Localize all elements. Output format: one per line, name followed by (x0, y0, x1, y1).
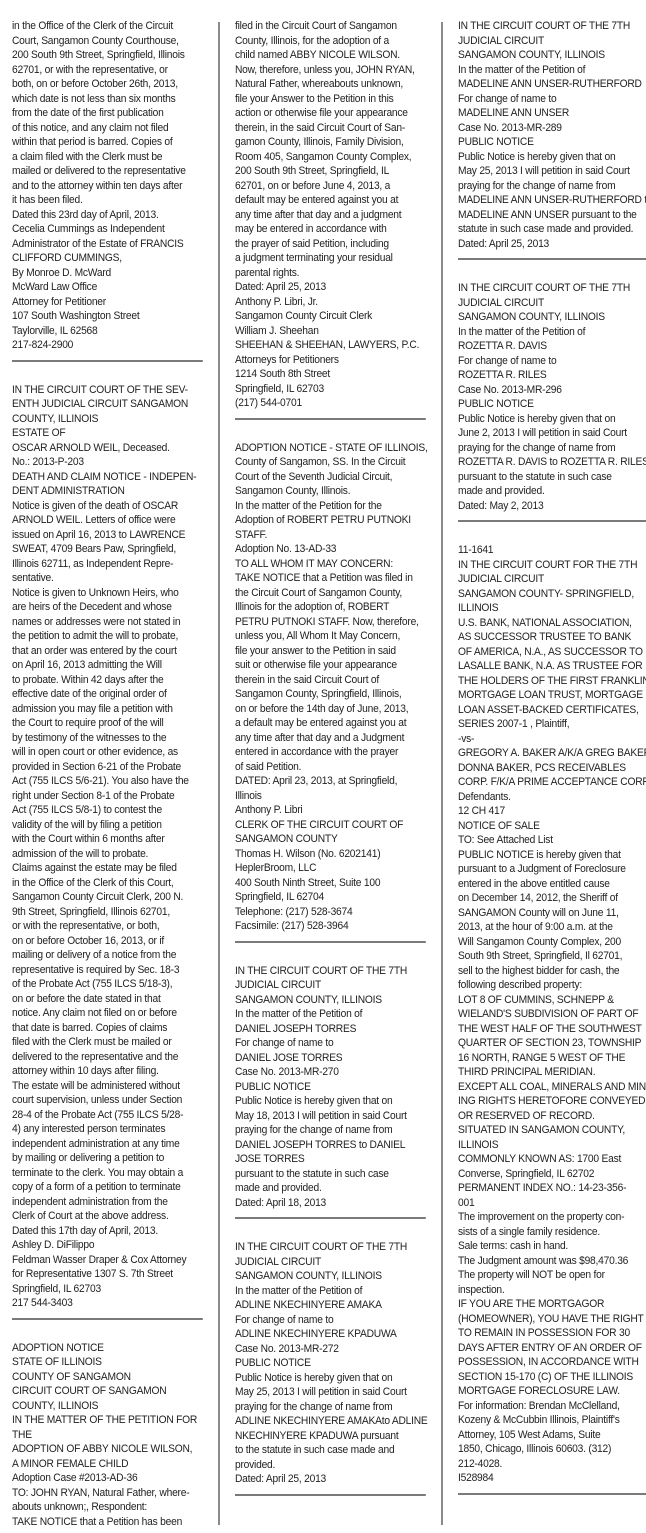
notice-text-line: EXCEPT ALL COAL, MINERALS AND MIN- (458, 1080, 646, 1095)
notice-text-line: unless you, All Whom It May Concern, (235, 629, 426, 644)
estate-cummings-claim-notice-continued: in the Office of the Clerk of the Circui… (12, 4, 203, 353)
notice-text-line: ADOPTION NOTICE - STATE OF ILLINOIS, (235, 441, 426, 456)
notice-text-line: Anthony P. Libri, Jr. (235, 295, 426, 310)
notice-text-line: admission of the will to probate. (12, 847, 203, 862)
notice-text-line: ILLINOIS (458, 1138, 646, 1153)
notice-text-line: 2013, at the hour of 9:00 a.m. at the (458, 920, 646, 935)
notice-text-line: a default may be entered against you at (235, 716, 426, 731)
notice-text-line: to the statute in such case made and (235, 1443, 426, 1458)
notice-text-line: STAFF. (235, 528, 426, 543)
notice-text-line: Dated this 23rd day of April, 2013. (12, 208, 203, 223)
notice-text-line: effective date of the original order of (12, 687, 203, 702)
notice-text-line: by testimony of the witnesses to the (12, 731, 203, 746)
notice-text-line: Sale terms: cash in hand. (458, 1239, 646, 1254)
notice-text-line: PUBLIC NOTICE (458, 397, 646, 412)
notice-text-line: For information: Brendan McClelland, (458, 1399, 646, 1414)
notice-text-line: The Judgment amount was $98,470.36 (458, 1254, 646, 1269)
notice-text-line: IN THE CIRCUIT COURT OF THE 7TH (458, 19, 646, 34)
notice-text-line: CIRCUIT COURT OF SANGAMON (12, 1384, 203, 1399)
notice-text-line: are heirs of the Decedent and whose (12, 600, 203, 615)
notice-text-line: May 25, 2013 I will petition in said Cou… (235, 1385, 426, 1400)
notice-text-line: praying for the change of name from (458, 179, 646, 194)
notice-text-line: following described property: (458, 978, 646, 993)
notice-text-line: may be entered in accordance with (235, 222, 426, 237)
adoption-notice-wilson: ADOPTION NOTICESTATE OF ILLINOISCOUNTY O… (12, 1341, 203, 1530)
notice-text-line: ADOPTION NOTICE (12, 1341, 203, 1356)
notice-text-line: JOSE TORRES (235, 1152, 426, 1167)
notice-text-line: 200 South 9th Street, Springfield, IL (235, 164, 426, 179)
notice-text-line: TO REMAIN IN POSSESSION FOR 30 (458, 1326, 646, 1341)
notice-text-line: admission you may file a petition with (12, 702, 203, 717)
adoption-notice-putnoki-staff: ADOPTION NOTICE - STATE OF ILLINOIS,Coun… (235, 441, 426, 934)
notice-text-line: court supervision, unless under Section (12, 1093, 203, 1108)
foreclosure-notice-of-sale-baker: 11-1641IN THE CIRCUIT COURT FOR THE 7THJ… (458, 543, 646, 1486)
notice-text-line: IN THE CIRCUIT COURT OF THE 7TH (235, 964, 426, 979)
notice-text-line: that date is barred. Copies of claims (12, 1021, 203, 1036)
notice-text-line: Attorney, 105 West Adams, Suite (458, 1428, 646, 1443)
notice-text-line: Attorney for Petitioner (12, 295, 203, 310)
notice-text-line: (HOMEOWNER), YOU HAVE THE RIGHT (458, 1312, 646, 1327)
notice-text-line: Springfield, IL 62704 (235, 890, 426, 905)
column-divider (441, 22, 443, 1525)
notice-separator (458, 1493, 646, 1495)
notice-text-line: Natural Father, whereabouts unknown, (235, 77, 426, 92)
notice-text-line: CLERK OF THE CIRCUIT COURT OF (235, 818, 426, 833)
notice-text-line: JUDICIAL CIRCUIT (458, 296, 646, 311)
notice-text-line: attorney within 10 days after filing. (12, 1064, 203, 1079)
notice-text-line: -vs- (458, 732, 646, 747)
notice-text-line: Feldman Wasser Draper & Cox Attorney (12, 1253, 203, 1268)
notice-text-line: Sangamon County Circuit Clerk (235, 309, 426, 324)
notice-text-line: Case No. 2013-MR-289 (458, 121, 646, 136)
notice-text-line: Adoption of ROBERT PETRU PUTNOKI (235, 513, 426, 528)
notice-text-line: COUNTY OF SANGAMON (12, 1370, 203, 1385)
notice-text-line: entered in the above entitled cause (458, 877, 646, 892)
notice-text-line: on or before the 14th day of June, 2013, (235, 702, 426, 717)
notice-text-line: on or before October 16, 2013, or if (12, 934, 203, 949)
notice-text-line: SANGAMON COUNTY- SPRINGFIELD, (458, 587, 646, 602)
notice-text-line: issued on April 16, 2013 to LAWRENCE (12, 528, 203, 543)
notice-text-line: AS SUCCESSOR TRUSTEE TO BANK (458, 630, 646, 645)
notice-text-line: DANIEL JOSEPH TORRES to DANIEL (235, 1138, 426, 1153)
notice-text-line: IN THE CIRCUIT COURT OF THE SEV- (12, 383, 203, 398)
notice-text-line: PUBLIC NOTICE is hereby given that (458, 848, 646, 863)
name-change-notice-unser: IN THE CIRCUIT COURT OF THE 7THJUDICIAL … (458, 4, 646, 251)
notice-text-line: ROZETTA R. DAVIS (458, 339, 646, 354)
notice-text-line: SANGAMON COUNTY, ILLINOIS (235, 993, 426, 1008)
notice-text-line: ROZETTA R. RILES (458, 368, 646, 383)
notice-text-line: Sangamon County, Illinois. (235, 484, 426, 499)
notice-text-line: ADLINE NKECHINYERE KPADUWA (235, 1327, 426, 1342)
notice-text-line: sell to the highest bidder for cash, the (458, 964, 646, 979)
notice-text-line: Attorneys for Petitioners (235, 353, 426, 368)
notice-text-line: from the date of the first publication (12, 106, 203, 121)
notice-text-line: Sangamon County Circuit Clerk, 200 N. (12, 890, 203, 905)
notice-text-line: IF YOU ARE THE MORTGAGOR (458, 1297, 646, 1312)
notice-text-line: William J. Sheehan (235, 324, 426, 339)
notice-text-line: within that period is barred. Copies of (12, 135, 203, 150)
notice-text-line: PUBLIC NOTICE (458, 135, 646, 150)
notice-text-line: IN THE CIRCUIT COURT FOR THE 7TH (458, 558, 646, 573)
notice-text-line: COUNTY, ILLINOIS (12, 1399, 203, 1414)
notice-text-line: Telephone: (217) 528-3674 (235, 905, 426, 920)
notice-text-line: LASALLE BANK, N.A. AS TRUSTEE FOR (458, 659, 646, 674)
notice-text-line: sentative. (12, 571, 203, 586)
notice-text-line: THE (12, 1428, 203, 1443)
notice-text-line: In the matter of the Petition for the (235, 499, 426, 514)
notice-text-line: NKECHINYERE KPADUWA pursuant (235, 1429, 426, 1444)
notice-text-line: child named ABBY NICOLE WILSON. (235, 48, 426, 63)
notice-text-line: Converse, Springfield, IL 62702 (458, 1167, 646, 1182)
notice-text-line: praying for the change of name from (235, 1123, 426, 1138)
notice-text-line: pursuant to the statute in such case (235, 1167, 426, 1182)
notice-text-line: in the Office of the Clerk of this Court… (12, 876, 203, 891)
notice-text-line: THE HOLDERS OF THE FIRST FRANKLIN (458, 674, 646, 689)
notice-text-line: abouts unknown;, Respondent: (12, 1500, 203, 1515)
notice-text-line: Sangamon County, Springfield, Illinois, (235, 687, 426, 702)
notice-text-line: the Court to require proof of the will (12, 716, 203, 731)
notice-text-line: LOT 8 OF CUMMINS, SCHNEPP & (458, 993, 646, 1008)
column-left: in the Office of the Clerk of the Circui… (12, 4, 203, 1529)
notice-text-line: file your answer to the Petition in said (235, 644, 426, 659)
notice-text-line: on April 16, 2013 admitting the Will (12, 658, 203, 673)
notice-text-line: A MINOR FEMALE CHILD (12, 1457, 203, 1472)
notice-text-line: 62701, or with the representative, or (12, 63, 203, 78)
notice-text-line: Dated: April 25, 2013 (235, 1472, 426, 1487)
notice-text-line: NOTICE OF SALE (458, 819, 646, 834)
notice-text-line: action or otherwise file your appearance (235, 106, 426, 121)
notice-text-line: PUBLIC NOTICE (235, 1080, 426, 1095)
notice-text-line: Thomas H. Wilson (No. 6202141) (235, 847, 426, 862)
notice-text-line: gamon County, Illinois, Family Division, (235, 135, 426, 150)
notice-text-line: 12 CH 417 (458, 804, 646, 819)
notice-text-line: I528984 (458, 1471, 646, 1486)
notice-text-line: statute in such case made and provided. (458, 222, 646, 237)
notice-text-line: TO: JOHN RYAN, Natural Father, where- (12, 1486, 203, 1501)
adoption-notice-wilson-continued: filed in the Circuit Court of SangamonCo… (235, 4, 426, 411)
notice-text-line: Public Notice is hereby given that on (235, 1094, 426, 1109)
notice-text-line: Notice is given to Unknown Heirs, who (12, 586, 203, 601)
notice-text-line: will in open court or other evidence, as (12, 745, 203, 760)
notice-text-line: MADELINE ANN UNSER pursuant to the (458, 208, 646, 223)
notice-text-line: By Monroe D. McWard (12, 266, 203, 281)
notice-text-line: In the matter of the Petition of (235, 1284, 426, 1299)
notice-text-line: for Representative 1307 S. 7th Street (12, 1267, 203, 1282)
notice-text-line: ILLINOIS (458, 601, 646, 616)
notice-text-line: SANGAMON COUNTY, ILLINOIS (458, 310, 646, 325)
notice-text-line: Clerk of Court at the above address. (12, 1209, 203, 1224)
notice-text-line: made and provided. (458, 484, 646, 499)
notice-text-line: Dated this 17th day of April, 2013. (12, 1224, 203, 1239)
notice-separator (235, 418, 426, 420)
notice-text-line: Dated: April 25, 2013 (235, 280, 426, 295)
notice-text-line: mailed or delivered to the representativ… (12, 164, 203, 179)
notice-text-line: Anthony P. Libri (235, 803, 426, 818)
notice-text-line: 28-4 of the Probate Act (755 ILCS 5/28- (12, 1108, 203, 1123)
notice-text-line: Case No. 2013-MR-272 (235, 1342, 426, 1357)
column-right: IN THE CIRCUIT COURT OF THE 7THJUDICIAL … (458, 4, 646, 1516)
notice-text-line: The improvement on the property con- (458, 1210, 646, 1225)
notice-text-line: TO: See Attached List (458, 833, 646, 848)
notice-text-line: Public Notice is hereby given that on (458, 150, 646, 165)
name-change-notice-amaka: IN THE CIRCUIT COURT OF THE 7THJUDICIAL … (235, 1240, 426, 1487)
notice-text-line: OR RESERVED OF RECORD. (458, 1109, 646, 1124)
notice-text-line: 107 South Washington Street (12, 309, 203, 324)
notice-text-line: the Circuit Court of Sangamon County, (235, 586, 426, 601)
notice-text-line: MORTGAGE FORECLOSURE LAW. (458, 1384, 646, 1399)
notice-text-line: June 2, 2013 I will petition in said Cou… (458, 426, 646, 441)
notice-text-line: DAYS AFTER ENTRY OF AN ORDER OF (458, 1341, 646, 1356)
notice-text-line: 1214 South 8th Street (235, 367, 426, 382)
notice-text-line: ROZETTA R. DAVIS to ROZETTA R. RILES (458, 455, 646, 470)
notice-text-line: suit or otherwise file your appearance (235, 658, 426, 673)
notice-text-line: In the matter of the Petition of (458, 325, 646, 340)
notice-text-line: Taylorville, IL 62568 (12, 324, 203, 339)
notice-text-line: sists of a single family residence. (458, 1225, 646, 1240)
notice-separator (12, 1318, 203, 1320)
notice-text-line: any time after that day and a Judgment (235, 731, 426, 746)
notice-text-line: Illinois 62711, as Independent Repre- (12, 557, 203, 572)
notice-text-line: which date is not less than six months (12, 92, 203, 107)
legal-notices-page: in the Office of the Clerk of the Circui… (0, 0, 646, 1533)
notice-text-line: 62701, on or before June 4, 2013, a (235, 179, 426, 194)
notice-text-line: 4) any interested person terminates (12, 1122, 203, 1137)
notice-text-line: Cecelia Cummings as Independent (12, 222, 203, 237)
notice-text-line: TO ALL WHOM IT MAY CONCERN: (235, 557, 426, 572)
notice-text-line: Adoption Case #2013-AD-36 (12, 1471, 203, 1486)
notice-text-line: names or addresses were not stated in (12, 615, 203, 630)
notice-text-line: (217) 544-0701 (235, 396, 426, 411)
notice-text-line: 200 South 9th Street, Springfield, Illin… (12, 48, 203, 63)
notice-text-line: U.S. BANK, NATIONAL ASSOCIATION, (458, 616, 646, 631)
notice-text-line: JUDICIAL CIRCUIT (458, 34, 646, 49)
notice-text-line: any time after that day and a judgment (235, 208, 426, 223)
notice-text-line: or with the representative, or both, (12, 919, 203, 934)
notice-text-line: Case No. 2013-MR-270 (235, 1065, 426, 1080)
notice-text-line: therein in the said Circuit Court of (235, 673, 426, 688)
notice-text-line: Now, therefore, unless you, JOHN RYAN, (235, 63, 426, 78)
notice-text-line: JUDICIAL CIRCUIT (235, 1255, 426, 1270)
notice-text-line: independent administration at any time (12, 1137, 203, 1152)
notice-text-line: South 9th Street, Springfield, Il 62701, (458, 949, 646, 964)
notice-text-line: delivered to the representative and the (12, 1050, 203, 1065)
notice-text-line: SANGAMON County will on June 11, (458, 906, 646, 921)
notice-text-line: Springfield, IL 62703 (235, 382, 426, 397)
notice-text-line: TAKE NOTICE that a Petition was filed in (235, 571, 426, 586)
notice-text-line: provided in Section 6-21 of the Probate (12, 760, 203, 775)
notice-separator (235, 1494, 426, 1496)
notice-text-line: SECTION 15-170 (C) OF THE ILLINOIS (458, 1370, 646, 1385)
notice-text-line: Public Notice is hereby given that on (235, 1371, 426, 1386)
notice-text-line: the petition to admit the will to probat… (12, 629, 203, 644)
notice-text-line: ADLINE NKECHINYERE AMAKAto ADLINE (235, 1414, 426, 1429)
notice-text-line: POSSESSION, IN ACCORDANCE WITH (458, 1355, 646, 1370)
notice-text-line: a claim filed with the Clerk must be (12, 150, 203, 165)
notice-text-line: ENTH JUDICIAL CIRCUIT SANGAMON (12, 397, 203, 412)
notice-text-line: For change of name to (235, 1313, 426, 1328)
notice-text-line: inspection. (458, 1283, 646, 1298)
notice-text-line: of the Probate Act (755 ILCS 5/18-3), (12, 977, 203, 992)
notice-text-line: Facsimile: (217) 528-3964 (235, 919, 426, 934)
notice-text-line: SITUATED IN SANGAMON COUNTY, (458, 1123, 646, 1138)
notice-text-line: COMMONLY KNOWN AS: 1700 East (458, 1152, 646, 1167)
notice-text-line: pursuant to a Judgment of Foreclosure (458, 862, 646, 877)
notice-text-line: provided. (235, 1458, 426, 1473)
notice-text-line: with the Court within 6 months after (12, 832, 203, 847)
notice-text-line: praying for the change of name from (235, 1400, 426, 1415)
notice-text-line: ARNOLD WEIL. Letters of office were (12, 513, 203, 528)
notice-text-line: that an order was entered by the court (12, 644, 203, 659)
notice-text-line: Public Notice is hereby given that on (458, 412, 646, 427)
notice-separator (12, 360, 203, 362)
notice-text-line: 9th Street, Springfield, Illinois 62701, (12, 905, 203, 920)
notice-text-line: TAKE NOTICE that a Petition has been (12, 1515, 203, 1530)
notice-text-line: Dated: April 18, 2013 (235, 1196, 426, 1211)
notice-text-line: PERMANENT INDEX NO.: 14-23-356- (458, 1181, 646, 1196)
notice-text-line: SWEAT, 4709 Bears Paw, Springfield, (12, 542, 203, 557)
notice-text-line: Ashley D. DiFilippo (12, 1238, 203, 1253)
notice-text-line: County, Illinois, for the adoption of a (235, 34, 426, 49)
notice-text-line: 400 South Ninth Street, Suite 100 (235, 876, 426, 891)
notice-text-line: SHEEHAN & SHEEHAN, LAWYERS, P.C. (235, 338, 426, 353)
notice-text-line: 16 NORTH, RANGE 5 WEST OF THE (458, 1051, 646, 1066)
notice-text-line: Claims against the estate may be filed (12, 861, 203, 876)
notice-text-line: ESTATE OF (12, 426, 203, 441)
notice-text-line: OF AMERICA, N.A., AS SUCCESSOR TO (458, 645, 646, 660)
notice-text-line: IN THE CIRCUIT COURT OF THE 7TH (235, 1240, 426, 1255)
notice-text-line: MADELINE ANN UNSER-RUTHERFORD (458, 77, 646, 92)
notice-text-line: For change of name to (235, 1036, 426, 1051)
notice-text-line: both, on or before October 26th, 2013, (12, 77, 203, 92)
notice-text-line: DEATH AND CLAIM NOTICE - INDEPEN- (12, 470, 203, 485)
notice-text-line: DONNA BAKER, PCS RECEIVABLES (458, 761, 646, 776)
notice-text-line: of this notice, and any claim not filed (12, 121, 203, 136)
notice-text-line: The property will NOT be open for (458, 1268, 646, 1283)
notice-text-line: JUDICIAL CIRCUIT (235, 978, 426, 993)
notice-text-line: 001 (458, 1196, 646, 1211)
notice-text-line: it has been filed. (12, 193, 203, 208)
notice-text-line: May 18, 2013 I will petition in said Cou… (235, 1109, 426, 1124)
notice-text-line: 212-4028. (458, 1457, 646, 1472)
notice-text-line: DATED: April 23, 2013, at Springfield, (235, 774, 426, 789)
estate-weil-death-claim-notice: IN THE CIRCUIT COURT OF THE SEV-ENTH JUD… (12, 383, 203, 1311)
notice-text-line: Illinois for the adoption of, ROBERT (235, 600, 426, 615)
notice-text-line: file your Answer to the Petition in this (235, 92, 426, 107)
notice-text-line: pursuant to the statute in such case (458, 470, 646, 485)
name-change-notice-torres: IN THE CIRCUIT COURT OF THE 7THJUDICIAL … (235, 964, 426, 1211)
notice-text-line: a judgment terminating your residual (235, 251, 426, 266)
notice-separator (458, 520, 646, 522)
notice-text-line: In the matter of the Petition of (235, 1007, 426, 1022)
notice-text-line: LOAN ASSET-BACKED CERTIFICATES, (458, 703, 646, 718)
notice-text-line: DENT ADMINISTRATION (12, 484, 203, 499)
notice-text-line: SANGAMON COUNTY, ILLINOIS (458, 48, 646, 63)
notice-text-line: PUBLIC NOTICE (235, 1356, 426, 1371)
notice-text-line: Dated: April 25, 2013 (458, 237, 646, 252)
notice-text-line: filed in the Circuit Court of Sangamon (235, 19, 426, 34)
notice-text-line: ING RIGHTS HERETOFORE CONVEYED (458, 1094, 646, 1109)
notice-text-line: notice. Any claim not filed on or before (12, 1006, 203, 1021)
notice-text-line: 217-824-2900 (12, 338, 203, 353)
notice-text-line: on or before the date stated in that (12, 992, 203, 1007)
notice-text-line: CLIFFORD CUMMINGS, (12, 251, 203, 266)
notice-text-line: Kozeny & McCubbin Illinois, Plaintiff's (458, 1413, 646, 1428)
notice-text-line: May 25, 2013 I will petition in said Cou… (458, 164, 646, 179)
notice-text-line: to probate. Within 42 days after the (12, 673, 203, 688)
notice-text-line: Notice is given of the death of OSCAR (12, 499, 203, 514)
notice-text-line: on December 14, 2012, the Sheriff of (458, 891, 646, 906)
notice-separator (458, 258, 646, 260)
notice-text-line: THIRD PRINCIPAL MERIDIAN. (458, 1065, 646, 1080)
name-change-notice-davis: IN THE CIRCUIT COURT OF THE 7THJUDICIAL … (458, 281, 646, 513)
notice-text-line: For change of name to (458, 92, 646, 107)
notice-text-line: independent administration from the (12, 1195, 203, 1210)
notice-text-line: No.: 2013-P-203 (12, 455, 203, 470)
notice-text-line: ADLINE NKECHINYERE AMAKA (235, 1298, 426, 1313)
notice-text-line: 1850, Chicago, Illinois 60603. (312) (458, 1442, 646, 1457)
column-middle: filed in the Circuit Court of SangamonCo… (235, 4, 426, 1517)
notice-text-line: MADELINE ANN UNSER (458, 106, 646, 121)
notice-text-line: Will Sangamon County Complex, 200 (458, 935, 646, 950)
notice-text-line: MORTGAGE LOAN TRUST, MORTGAGE (458, 688, 646, 703)
notice-text-line: therein, in the said Circuit Court of Sa… (235, 121, 426, 136)
notice-text-line: filed with the Clerk must be mailed or (12, 1035, 203, 1050)
notice-text-line: STATE OF ILLINOIS (12, 1355, 203, 1370)
notice-text-line: copy of a form of a petition to terminat… (12, 1180, 203, 1195)
notice-text-line: and to the attorney within ten days afte… (12, 179, 203, 194)
notice-text-line: Defendants. (458, 790, 646, 805)
notice-text-line: Court of the Seventh Judicial Circuit, (235, 470, 426, 485)
notice-text-line: THE WEST HALF OF THE SOUTHWEST (458, 1022, 646, 1037)
notice-text-line: entered in accordance with the prayer (235, 745, 426, 760)
notice-text-line: Case No. 2013-MR-296 (458, 383, 646, 398)
notice-text-line: HeplerBroom, LLC (235, 861, 426, 876)
notice-text-line: WIELAND'S SUBDIVISION OF PART OF (458, 1007, 646, 1022)
notice-text-line: JUDICIAL CIRCUIT (458, 572, 646, 587)
notice-text-line: OSCAR ARNOLD WEIL, Deceased. (12, 441, 203, 456)
notice-text-line: Act (755 ILCS 5/6-21). You also have the (12, 774, 203, 789)
notice-text-line: made and provided. (235, 1181, 426, 1196)
notice-text-line: default may be entered against you at (235, 193, 426, 208)
notice-text-line: QUARTER OF SECTION 23, TOWNSHIP (458, 1036, 646, 1051)
notice-text-line: Act (755 ILCS 5/8-1) to contest the (12, 803, 203, 818)
notice-text-line: County of Sangamon, SS. In the Circuit (235, 455, 426, 470)
notice-text-line: McWard Law Office (12, 280, 203, 295)
notice-text-line: CORP. F/K/A PRIME ACCEPTANCE CORP., (458, 775, 646, 790)
notice-text-line: PETRU PUTNOKI STAFF. Now, therefore, (235, 615, 426, 630)
notice-text-line: DANIEL JOSE TORRES (235, 1051, 426, 1066)
notice-separator (235, 941, 426, 943)
notice-text-line: SANGAMON COUNTY (235, 832, 426, 847)
notice-text-line: For change of name to (458, 354, 646, 369)
notice-text-line: by mailing or delivering a petition to (12, 1151, 203, 1166)
column-divider (218, 22, 220, 1525)
notice-text-line: the prayer of said Petition, including (235, 237, 426, 252)
notice-text-line: The estate will be administered without (12, 1079, 203, 1094)
notice-text-line: DANIEL JOSEPH TORRES (235, 1022, 426, 1037)
notice-text-line: Springfield, IL 62703 (12, 1282, 203, 1297)
notice-text-line: Court, Sangamon County Courthouse, (12, 34, 203, 49)
notice-text-line: IN THE MATTER OF THE PETITION FOR (12, 1413, 203, 1428)
notice-text-line: MADELINE ANN UNSER-RUTHERFORD to (458, 193, 646, 208)
notice-text-line: COUNTY, ILLINOIS (12, 412, 203, 427)
notice-text-line: 217 544-3403 (12, 1296, 203, 1311)
notice-text-line: representative is required by Sec. 18-3 (12, 963, 203, 978)
notice-text-line: parental rights. (235, 266, 426, 281)
notice-text-line: right under Section 8-1 of the Probate (12, 789, 203, 804)
notice-text-line: Illinois (235, 789, 426, 804)
notice-text-line: 11-1641 (458, 543, 646, 558)
